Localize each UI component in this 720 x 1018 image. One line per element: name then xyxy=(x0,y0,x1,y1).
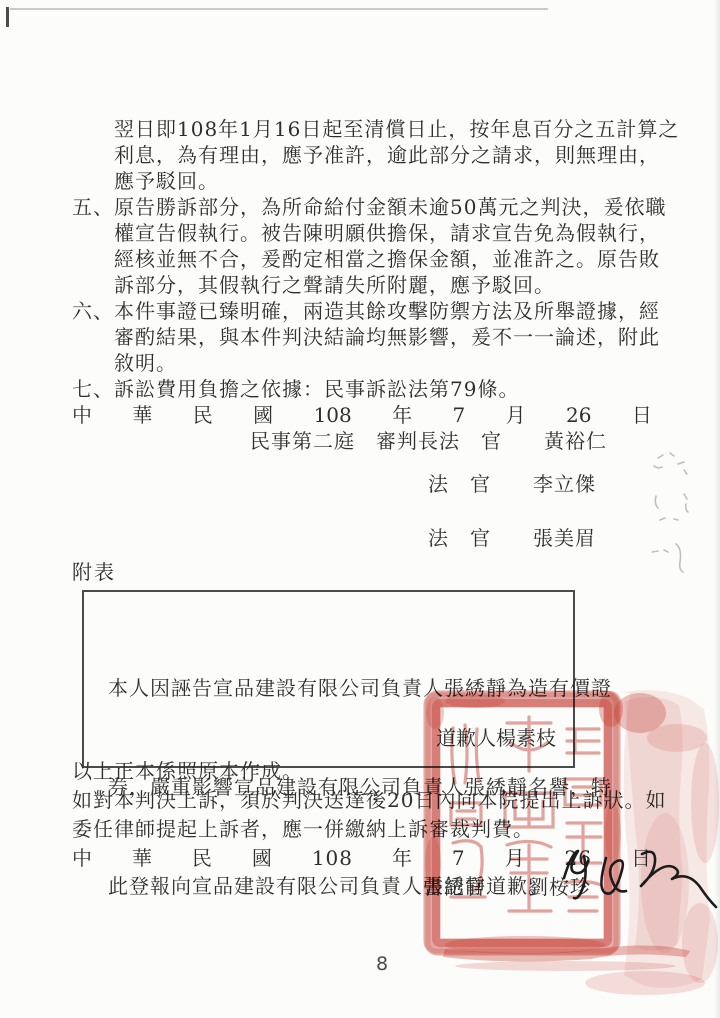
date-part: 月 xyxy=(505,844,526,873)
body-text: 經核並無不合，爰酌定相當之擔保金額，並准許之。原告敗 xyxy=(114,247,660,271)
date-part: 26 xyxy=(566,402,591,428)
body-text: 本件事證已臻明確，兩造其餘攻擊防禦方法及所舉證據，經 xyxy=(114,299,660,323)
date-part: 日 xyxy=(631,844,652,873)
date-part: 民 xyxy=(193,402,213,428)
date-part: 年 xyxy=(392,844,413,873)
clerk-line: 書記官 劉桉珍 xyxy=(72,873,672,902)
body-text: 訴部分，其假執行之聲請失所附麗，應予駁回。 xyxy=(114,273,555,297)
date-part: 7 xyxy=(452,844,466,873)
date-part: 華 xyxy=(132,844,153,873)
date-part: 華 xyxy=(132,402,152,428)
date-part: 國 xyxy=(252,844,273,873)
scan-artifact-top-line xyxy=(10,8,548,10)
closing-line: 如對本判決上訴，須於判決送達後20日內向本院提出上訴狀。如 xyxy=(72,786,672,815)
body-line: 應予駁回。 xyxy=(72,168,660,194)
page-number: 8 xyxy=(376,953,388,975)
page-edge-shadow xyxy=(714,0,720,1018)
date-part: 日 xyxy=(632,402,652,428)
date-part: 7 xyxy=(453,402,466,428)
closing-line: 以上正本係照原本作成。 xyxy=(72,757,672,786)
body-line: 權宣告假執行。被告陳明願供擔保，請求宣告免為假執行， xyxy=(72,220,660,246)
body-line: 翌日即108年1月16日起至清償日止，按年息百分之五計算之 xyxy=(72,116,660,142)
body-line: 訴部分，其假執行之聲請失所附麗，應予駁回。 xyxy=(72,272,660,298)
date-part: 26 xyxy=(565,844,592,873)
apology-line: 本人因誣告宣品建設有限公司負責人張綉靜為造有價證 xyxy=(108,672,568,705)
closing-line: 委任律師提起上訴者，應一併繳納上訴審裁判費。 xyxy=(72,815,672,844)
presiding-judge-line: 民事第二庭 審判長法 官 黃裕仁 xyxy=(72,428,660,454)
body-text: 利息，為有理由，應予准許，逾此部分之請求，則無理由， xyxy=(114,143,660,167)
apology-signer: 道歉人楊素枝 xyxy=(436,722,556,751)
date-part: 中 xyxy=(72,844,93,873)
body-line: 七、訴訟費用負擔之依據：民事訴訟法第79條。 xyxy=(72,376,660,402)
body-line: 六、本件事證已臻明確，兩造其餘攻擊防禦方法及所舉證據，經 xyxy=(72,298,660,324)
judge-line-3: 法 官 張美眉 xyxy=(72,525,660,551)
date-part: 月 xyxy=(506,402,526,428)
date-part: 108 xyxy=(312,844,353,873)
item-marker: 六、 xyxy=(72,299,114,323)
item-marker: 五、 xyxy=(72,195,114,219)
body-text: 翌日即108年1月16日起至清償日止，按年息百分之五計算之 xyxy=(114,117,679,141)
body-line: 利息，為有理由，應予准許，逾此部分之請求，則無理由， xyxy=(72,142,660,168)
date-part: 年 xyxy=(392,402,412,428)
judge-line-2: 法 官 李立傑 xyxy=(72,471,660,497)
body-line: 敘明。 xyxy=(72,350,660,376)
date-part: 國 xyxy=(253,402,273,428)
date-line-service: 中 華 民 國 108 年 7 月 26 日 xyxy=(72,844,652,873)
body-text: 原告勝訴部分，為所命給付金額未逾50萬元之判決，爰依職 xyxy=(114,195,666,219)
court-judgment-page: 翌日即108年1月16日起至清償日止，按年息百分之五計算之 利息，為有理由，應予… xyxy=(0,0,720,1018)
annex-label: 附表 xyxy=(72,559,660,585)
date-line-judgment: 中 華 民 國 108 年 7 月 26 日 xyxy=(72,402,652,428)
body-line: 審酌結果，與本件判決結論均無影響，爰不一一論述，附此 xyxy=(72,324,660,350)
body-text: 訴訟費用負擔之依據：民事訴訟法第79條。 xyxy=(114,377,519,401)
body-text: 審酌結果，與本件判決結論均無影響，爰不一一論述，附此 xyxy=(114,325,660,349)
annex-apology-box: 本人因誣告宣品建設有限公司負責人張綉靜為造有價證 券，嚴重影響宣品建設有限公司負… xyxy=(82,590,575,768)
judgment-body: 翌日即108年1月16日起至清償日止，按年息百分之五計算之 利息，為有理由，應予… xyxy=(72,116,660,585)
body-line: 五、原告勝訴部分，為所命給付金額未逾50萬元之判決，爰依職 xyxy=(72,194,660,220)
date-part: 中 xyxy=(72,402,92,428)
body-line: 經核並無不合，爰酌定相當之擔保金額，並准許之。原告敗 xyxy=(72,246,660,272)
closing-block: 以上正本係照原本作成。 如對本判決上訴，須於判決送達後20日內向本院提出上訴狀。… xyxy=(72,757,672,902)
body-text: 應予駁回。 xyxy=(114,169,219,193)
date-part: 民 xyxy=(192,844,213,873)
date-part: 108 xyxy=(314,402,352,428)
body-text: 敘明。 xyxy=(114,351,177,375)
item-marker: 七、 xyxy=(72,377,114,401)
body-text: 權宣告假執行。被告陳明願供擔保，請求宣告免為假執行， xyxy=(114,221,660,245)
scan-artifact-left-tick xyxy=(6,7,9,27)
